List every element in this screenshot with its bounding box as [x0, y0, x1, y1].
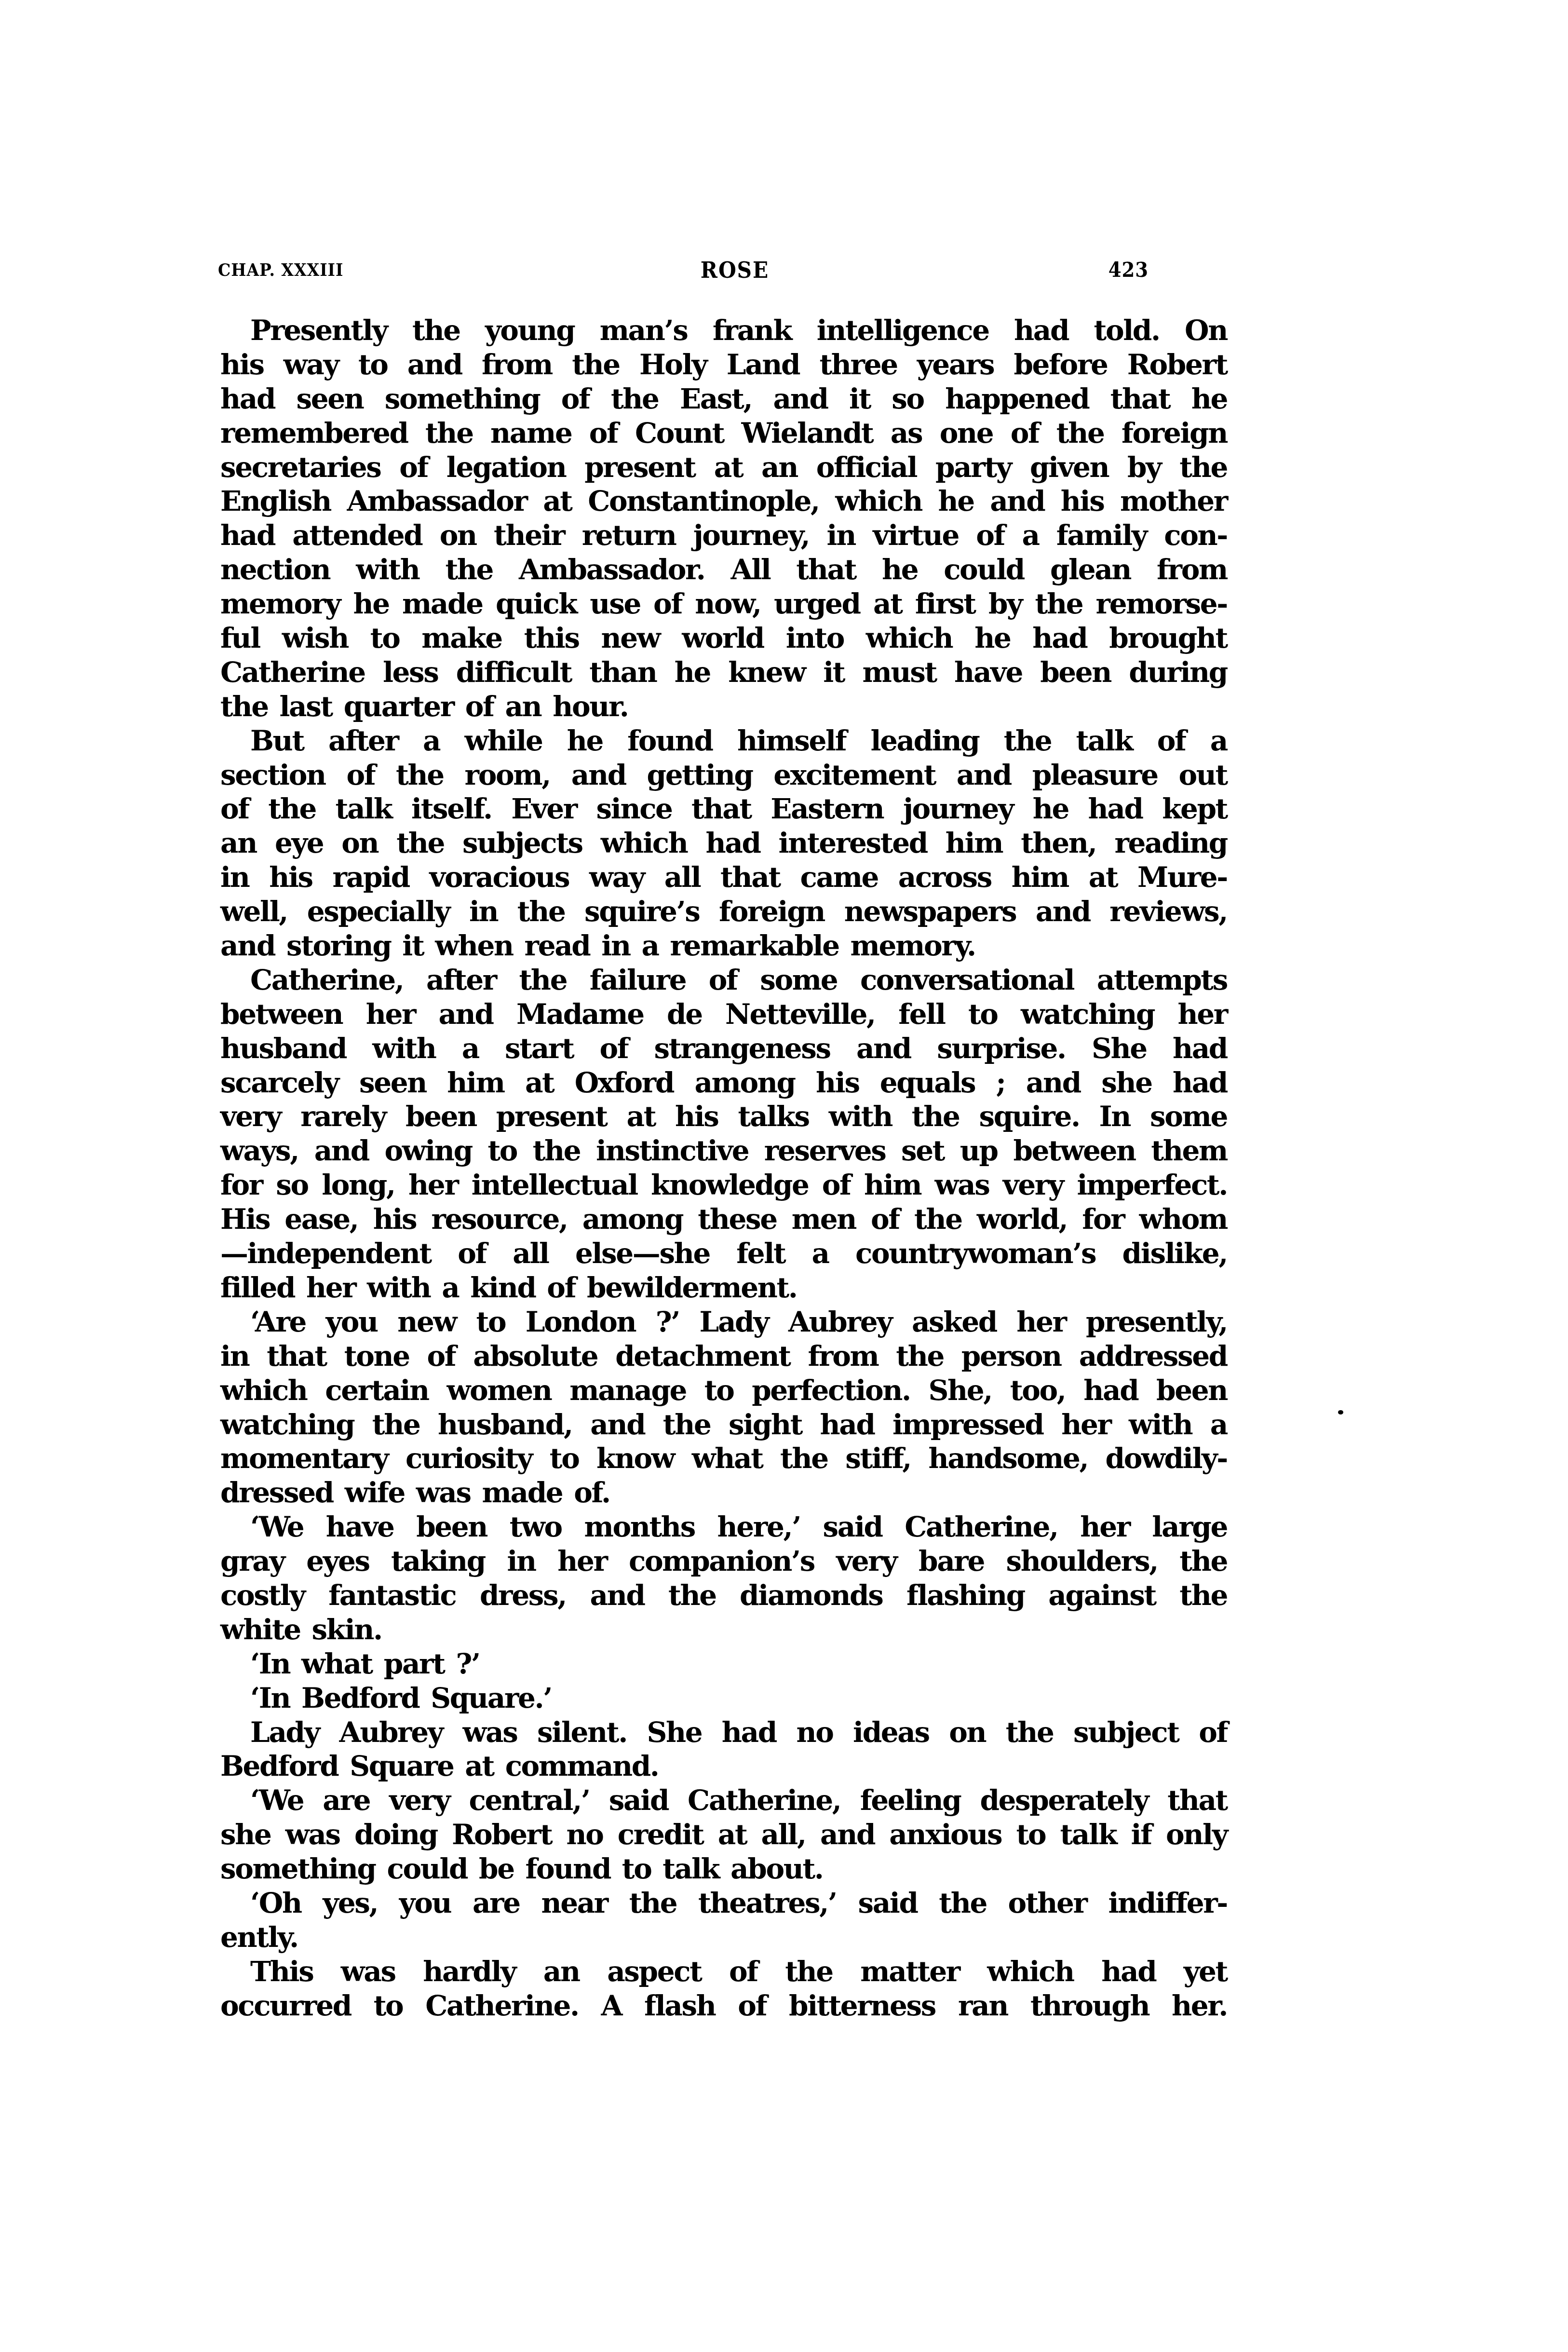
- text-line: in that tone of absolute detachment from…: [220, 1339, 1227, 1373]
- line-text: This was hardly an aspect of the matter …: [250, 1955, 1227, 1988]
- text-line: momentary curiosity to know what the sti…: [220, 1441, 1227, 1476]
- line-text: ‘Oh yes, you are near the theatres,’ sai…: [250, 1887, 1227, 1919]
- line-text: ‘Are you new to London ?’ Lady Aubrey as…: [250, 1305, 1227, 1338]
- text-line: had seen something of the East, and it s…: [220, 382, 1227, 416]
- text-line: the last quarter of an hour.: [220, 690, 1227, 724]
- line-text: dressed wife was made of.: [220, 1476, 610, 1509]
- line-text: nection with the Ambassador. All that he…: [220, 553, 1227, 586]
- body-text: Presently the young man’s frank intellig…: [220, 313, 1227, 2023]
- text-line: something could be found to talk about.: [220, 1852, 1227, 1886]
- line-text: in his rapid voracious way all that came…: [220, 861, 1227, 894]
- text-line: white skin.: [220, 1613, 1227, 1647]
- paragraph-first-line: ‘Oh yes, you are near the theatres,’ sai…: [220, 1886, 1227, 1920]
- paragraph-first-line: But after a while he found himself leadi…: [220, 724, 1227, 758]
- text-line: ently.: [220, 1920, 1227, 1955]
- line-text: the last quarter of an hour.: [220, 690, 628, 723]
- line-text: Catherine less difficult than he knew it…: [220, 656, 1227, 689]
- text-line: memory he made quick use of now, urged a…: [220, 587, 1227, 621]
- line-text: Lady Aubrey was silent. She had no ideas…: [250, 1716, 1227, 1749]
- text-line: she was doing Robert no credit at all, a…: [220, 1818, 1227, 1852]
- text-line: very rarely been present at his talks wi…: [220, 1100, 1227, 1134]
- text-line: ways, and owing to the instinctive reser…: [220, 1134, 1227, 1168]
- page-number: 423: [1108, 256, 1149, 285]
- line-text: white skin.: [220, 1613, 382, 1646]
- line-text: an eye on the subjects which had interes…: [220, 827, 1227, 859]
- line-text: gray eyes taking in her companion’s very…: [220, 1545, 1227, 1577]
- line-text: filled her with a kind of bewilderment.: [220, 1271, 797, 1304]
- line-text: watching the husband, and the sight had …: [220, 1408, 1227, 1441]
- line-text: section of the room, and getting excitem…: [220, 759, 1227, 791]
- line-text: between her and Madame de Netteville, fe…: [220, 998, 1227, 1031]
- paragraph-first-line: This was hardly an aspect of the matter …: [220, 1955, 1227, 1989]
- line-text: ‘In what part ?’: [250, 1647, 480, 1680]
- text-line: in his rapid voracious way all that came…: [220, 860, 1227, 895]
- line-text: ‘We are very central,’ said Catherine, f…: [250, 1784, 1227, 1817]
- text-line: nection with the Ambassador. All that he…: [220, 553, 1227, 587]
- text-line: scarcely seen him at Oxford among his eq…: [220, 1066, 1227, 1100]
- text-line: an eye on the subjects which had interes…: [220, 826, 1227, 860]
- line-text: momentary curiosity to know what the sti…: [220, 1442, 1227, 1475]
- line-text: ‘In Bedford Square.’: [250, 1682, 552, 1714]
- line-text: in that tone of absolute detachment from…: [220, 1340, 1227, 1373]
- paragraph-first-line: ‘In what part ?’: [220, 1647, 1227, 1681]
- line-text: ful wish to make this new world into whi…: [220, 622, 1227, 654]
- text-line: filled her with a kind of bewilderment.: [220, 1271, 1227, 1305]
- text-line: dressed wife was made of.: [220, 1476, 1227, 1510]
- line-text: had attended on their return journey, in…: [220, 519, 1227, 552]
- line-text: ways, and owing to the instinctive reser…: [220, 1134, 1227, 1167]
- line-text: ently.: [220, 1921, 298, 1954]
- line-text: His ease, his resource, among these men …: [220, 1203, 1227, 1236]
- line-text: of the talk itself. Ever since that East…: [220, 792, 1227, 825]
- line-text: his way to and from the Holy Land three …: [220, 348, 1227, 381]
- chapter-label: CHAP. XXXIII: [218, 256, 343, 285]
- line-text: secretaries of legation present at an of…: [220, 451, 1227, 484]
- line-text: very rarely been present at his talks wi…: [220, 1100, 1227, 1133]
- line-text: ‘We have been two months here,’ said Cat…: [250, 1510, 1227, 1543]
- line-text: English Ambassador at Constantinople, wh…: [220, 485, 1227, 517]
- text-line: ful wish to make this new world into whi…: [220, 621, 1227, 655]
- text-line: husband with a start of strangeness and …: [220, 1032, 1227, 1066]
- text-line: of the talk itself. Ever since that East…: [220, 792, 1227, 826]
- line-text: Bedford Square at command.: [220, 1750, 659, 1782]
- paragraph-first-line: Catherine, after the failure of some con…: [220, 963, 1227, 997]
- paragraph-first-line: ‘We are very central,’ said Catherine, f…: [220, 1783, 1227, 1818]
- line-text: Presently the young man’s frank intellig…: [250, 314, 1227, 347]
- text-line: for so long, her intellectual knowledge …: [220, 1168, 1227, 1202]
- text-line: costly fantastic dress, and the diamonds…: [220, 1578, 1227, 1613]
- line-text: which certain women manage to perfection…: [220, 1374, 1227, 1407]
- paragraph-first-line: ‘We have been two months here,’ said Cat…: [220, 1510, 1227, 1544]
- text-line: remembered the name of Count Wielandt as…: [220, 416, 1227, 450]
- paragraph-first-line: Lady Aubrey was silent. She had no ideas…: [220, 1715, 1227, 1750]
- text-line: section of the room, and getting excitem…: [220, 758, 1227, 792]
- text-line: which certain women manage to perfection…: [220, 1373, 1227, 1408]
- paragraph-first-line: Presently the young man’s frank intellig…: [220, 313, 1227, 348]
- line-text: —independent of all else—she felt a coun…: [220, 1237, 1227, 1270]
- text-line: English Ambassador at Constantinople, wh…: [220, 484, 1227, 518]
- text-line: His ease, his resource, among these men …: [220, 1202, 1227, 1237]
- line-text: had seen something of the East, and it s…: [220, 382, 1227, 415]
- line-text: costly fantastic dress, and the diamonds…: [220, 1579, 1227, 1612]
- text-line: secretaries of legation present at an of…: [220, 450, 1227, 485]
- text-line: Bedford Square at command.: [220, 1749, 1227, 1783]
- line-text: But after a while he found himself leadi…: [250, 724, 1227, 757]
- text-line: between her and Madame de Netteville, fe…: [220, 997, 1227, 1032]
- line-text: she was doing Robert no credit at all, a…: [220, 1818, 1227, 1851]
- text-line: occurred to Catherine. A flash of bitter…: [220, 1989, 1227, 2023]
- text-line: —independent of all else—she felt a coun…: [220, 1237, 1227, 1271]
- text-line: Catherine less difficult than he knew it…: [220, 655, 1227, 690]
- line-text: memory he made quick use of now, urged a…: [220, 587, 1227, 620]
- book-page: CHAP. XXXIII ROSE 423 Presently the youn…: [0, 0, 1568, 2352]
- line-text: occurred to Catherine. A flash of bitter…: [220, 1989, 1227, 2022]
- line-text: something could be found to talk about.: [220, 1852, 823, 1885]
- text-line: watching the husband, and the sight had …: [220, 1408, 1227, 1442]
- print-speck-mark: [1338, 1410, 1343, 1414]
- line-text: scarcely seen him at Oxford among his eq…: [220, 1066, 1227, 1099]
- running-title: ROSE: [701, 256, 769, 285]
- line-text: remembered the name of Count Wielandt as…: [220, 417, 1227, 449]
- text-line: and storing it when read in a remarkable…: [220, 929, 1227, 963]
- text-line: gray eyes taking in her companion’s very…: [220, 1544, 1227, 1578]
- line-text: and storing it when read in a remarkable…: [220, 929, 975, 962]
- paragraph-first-line: ‘Are you new to London ?’ Lady Aubrey as…: [220, 1305, 1227, 1339]
- running-head: CHAP. XXXIII ROSE 423: [218, 251, 1149, 285]
- text-line: had attended on their return journey, in…: [220, 518, 1227, 553]
- text-line: his way to and from the Holy Land three …: [220, 348, 1227, 382]
- line-text: husband with a start of strangeness and …: [220, 1032, 1227, 1065]
- text-line: well, especially in the squire’s foreign…: [220, 895, 1227, 929]
- paragraph-first-line: ‘In Bedford Square.’: [220, 1681, 1227, 1715]
- line-text: for so long, her intellectual knowledge …: [220, 1169, 1227, 1201]
- line-text: Catherine, after the failure of some con…: [250, 964, 1227, 996]
- line-text: well, especially in the squire’s foreign…: [220, 895, 1227, 928]
